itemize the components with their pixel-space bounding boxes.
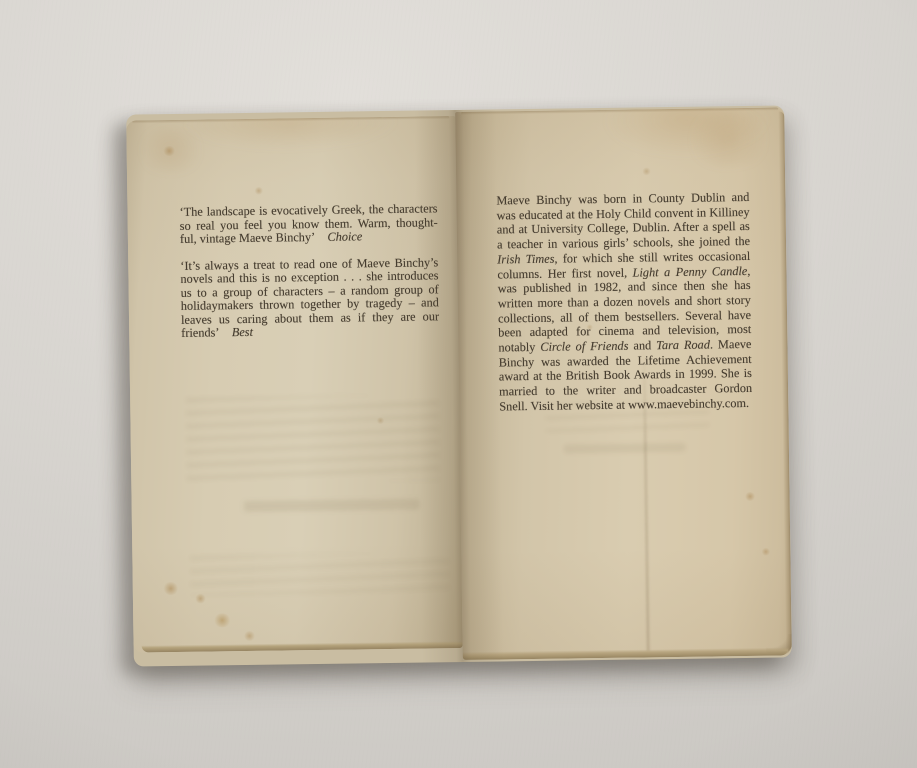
left-page: ‘The landscape is evocatively Greek, the…: [126, 116, 462, 653]
book-photograph: { "colors": { "surface": "#d7d4cf", "pap…: [0, 0, 917, 768]
ghost-text-showthrough: [190, 552, 449, 596]
foxing-spot: [213, 613, 231, 627]
page-stack-top-edge: [132, 116, 449, 123]
text-line: friends’ Best: [181, 323, 439, 340]
foxing-spot: [642, 167, 651, 175]
paragraph: Maeve Binchy was born in County Dublin a…: [496, 190, 752, 414]
text-line: Snell. Visit her website at www.maevebin…: [499, 396, 752, 414]
age-stain: [571, 107, 782, 176]
age-stain: [680, 112, 777, 167]
paragraph: ‘The landscape is evocatively Greek, the…: [179, 202, 438, 246]
paragraph: ‘It’s always a treat to read one of Maev…: [180, 256, 439, 341]
page-stack-top-edge: [461, 108, 778, 115]
right-page: Maeve Binchy was born in County Dublin a…: [455, 107, 792, 660]
age-stain: [132, 127, 209, 172]
age-stain: [154, 116, 427, 164]
foxing-spot: [195, 594, 206, 604]
foxing-spot: [243, 631, 255, 641]
foxing-spot: [254, 187, 263, 195]
foxing-spot: [761, 548, 770, 556]
ghost-text-showthrough: [244, 499, 420, 512]
text-line: ful, vintage Maeve Binchy’ Choice: [180, 229, 438, 246]
foxing-spot: [745, 492, 756, 501]
ghost-text-showthrough: [186, 394, 439, 484]
page-fore-edge: [778, 111, 792, 653]
foxing-spot: [163, 146, 176, 156]
foxing-spot: [163, 582, 179, 595]
foxing-spot: [376, 417, 384, 424]
ghost-text-showthrough: [564, 443, 686, 454]
left-page-review-quotes: ‘The landscape is evocatively Greek, the…: [179, 202, 439, 340]
right-page-author-bio: Maeve Binchy was born in County Dublin a…: [496, 190, 752, 414]
open-paperback-book: ‘The landscape is evocatively Greek, the…: [126, 105, 792, 666]
curled-page-corner: [766, 633, 792, 654]
